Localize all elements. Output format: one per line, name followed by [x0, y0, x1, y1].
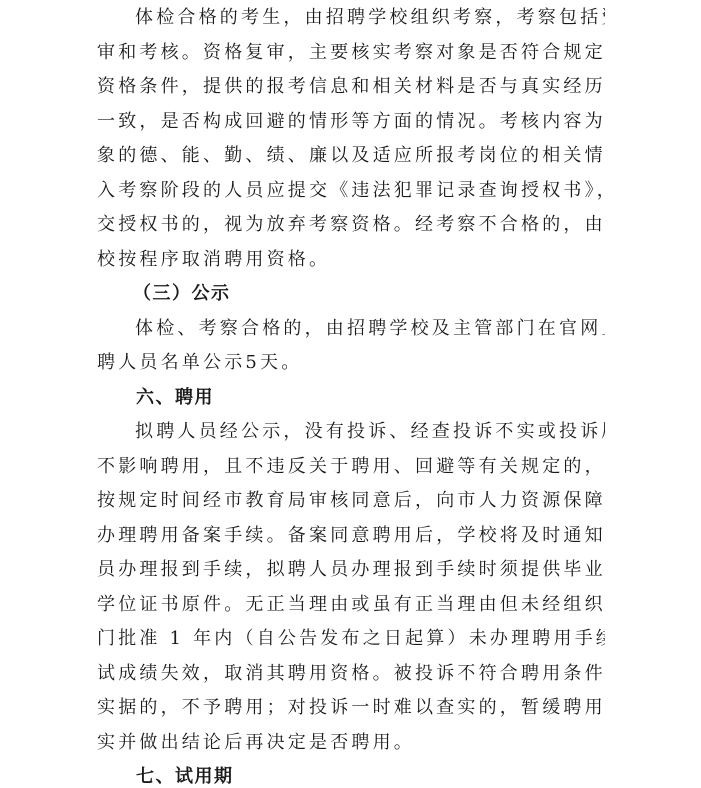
text-line: 实并做出结论后再决定是否聘用。 — [97, 726, 605, 761]
subheading-publicity: （三）公示 — [97, 277, 605, 312]
text-line: 试成绩失效，取消其聘用资格。被投诉不符合聘用条件并查有 — [97, 657, 605, 692]
text-line: 入考察阶段的人员应提交《违法犯罪记录查询授权书》，不提 — [97, 174, 605, 209]
text-line: 体检、考察合格的，由招聘学校及主管部门在官网上将拟 — [97, 312, 605, 347]
text-line: 校按程序取消聘用资格。 — [97, 243, 605, 278]
text-line: 拟聘人员经公示，没有投诉、经查投诉不实或投诉属实但 — [97, 415, 605, 450]
text-line: 一致，是否构成回避的情形等方面的情况。考核内容为拟聘对 — [97, 105, 605, 140]
paragraph-publicity: 体检、考察合格的，由招聘学校及主管部门在官网上将拟 聘人员名单公示5天。 — [97, 312, 605, 381]
paragraph-inspection: 体检合格的考生，由招聘学校组织考察，考察包括资格复 审和考核。资格复审，主要核实… — [97, 1, 605, 277]
text-line: 象的德、能、勤、绩、廉以及适应所报考岗位的相关情况。进 — [97, 139, 605, 174]
heading-probation: 七、试用期 — [97, 760, 605, 788]
text-line: 办理聘用备案手续。备案同意聘用后，学校将及时通知拟聘人 — [97, 519, 605, 554]
text-line: 聘人员名单公示5天。 — [97, 346, 605, 381]
text-line: 门批准 1 年内（自公告发布之日起算）未办理聘用手续的，考 — [97, 622, 605, 657]
text-line: 实据的，不予聘用；对投诉一时难以查实的，暂缓聘用，待查 — [97, 691, 605, 726]
text-line: 不影响聘用，且不违反关于聘用、回避等有关规定的，由学校 — [97, 450, 605, 485]
text-line: 交授权书的，视为放弃考察资格。经考察不合格的，由招聘学 — [97, 208, 605, 243]
document-page: 体检合格的考生，由招聘学校组织考察，考察包括资格复 审和考核。资格复审，主要核实… — [97, 1, 605, 788]
text-line: 资格条件，提供的报考信息和相关材料是否与真实经历背景相 — [97, 70, 605, 105]
text-line: 体检合格的考生，由招聘学校组织考察，考察包括资格复 — [97, 1, 605, 36]
heading-employment: 六、聘用 — [97, 381, 605, 416]
text-line: 按规定时间经市教育局审核同意后，向市人力资源保障局申请 — [97, 484, 605, 519]
text-line: 学位证书原件。无正当理由或虽有正当理由但未经组织人事部 — [97, 588, 605, 623]
paragraph-employment: 拟聘人员经公示，没有投诉、经查投诉不实或投诉属实但 不影响聘用，且不违反关于聘用… — [97, 415, 605, 760]
text-line: 审和考核。资格复审，主要核实考察对象是否符合规定的报考 — [97, 36, 605, 71]
text-line: 员办理报到手续，拟聘人员办理报到手续时须提供毕业证书和 — [97, 553, 605, 588]
